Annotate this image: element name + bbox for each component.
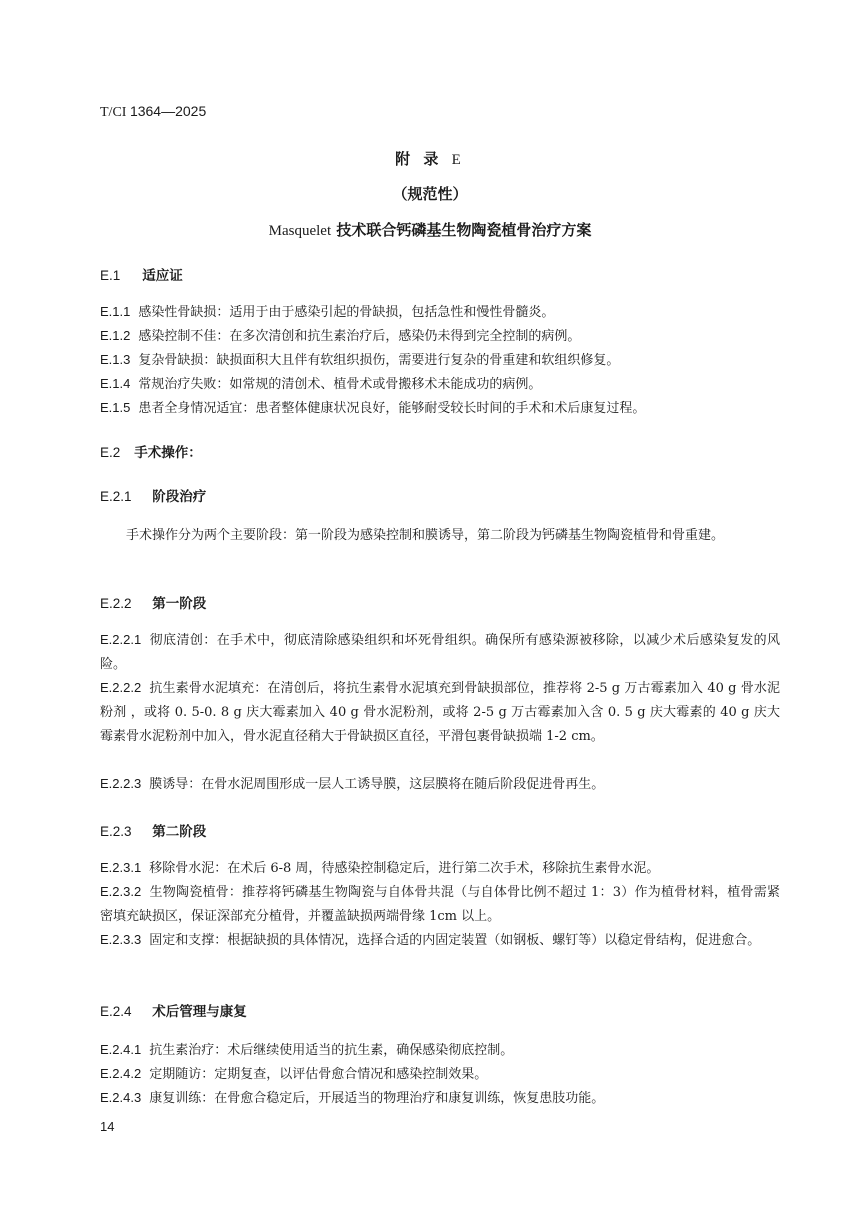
- item-number: E.2.4.3: [100, 1086, 141, 1110]
- list-item-e243: E.2.4.3康复训练：在骨愈合稳定后，开展适当的物理治疗和康复训练，恢复患肢功…: [100, 1086, 780, 1111]
- item-text: 生物陶瓷植骨：推荐将钙磷基生物陶瓷与自体骨共混（与自体骨比例不超过 1：3）作为…: [100, 885, 780, 924]
- item-text: 感染性骨缺损：适用于由于感染引起的骨缺损，包括急性和慢性骨髓炎。: [138, 305, 554, 320]
- section-number: E.2: [100, 445, 130, 460]
- item-number: E.1.4: [100, 372, 130, 396]
- section-number: E.2.4: [100, 1004, 148, 1019]
- item-text: 常规治疗失败：如常规的清创术、植骨术或骨搬移术未能成功的病例。: [138, 377, 541, 392]
- appendix-label: 附 录: [395, 150, 442, 168]
- item-number: E.2.3.3: [100, 928, 141, 952]
- section-title: 阶段治疗: [152, 489, 206, 505]
- appendix-letter: E: [452, 152, 465, 168]
- section-title: 术后管理与康复: [152, 1004, 247, 1020]
- item-text: 感染控制不佳：在多次清创和抗生素治疗后，感染仍未得到完全控制的病例。: [138, 329, 580, 344]
- paragraph-e21: 手术操作分为两个主要阶段：第一阶段为感染控制和膜诱导，第二阶段为钙磷基生物陶瓷植…: [100, 524, 780, 548]
- item-text: 彻底清创：在手术中，彻底清除感染组织和坏死骨组织。确保所有感染源被移除，以减少术…: [100, 633, 780, 672]
- section-number: E.2.1: [100, 489, 148, 504]
- list-item-e232: E.2.3.2生物陶瓷植骨：推荐将钙磷基生物陶瓷与自体骨共混（与自体骨比例不超过…: [100, 880, 780, 929]
- item-text: 复杂骨缺损：缺损面积大且伴有软组织损伤，需要进行复杂的骨重建和软组织修复。: [138, 353, 619, 368]
- item-text: 抗生素骨水泥填充：在清创后，将抗生素骨水泥填充到骨缺损部位，推荐将 2-5 g …: [100, 681, 780, 744]
- standard-prefix: T/CI: [100, 105, 126, 120]
- item-text: 移除骨水泥：在术后 6-8 周，待感染控制稳定后，进行第二次手术，移除抗生素骨水…: [149, 861, 659, 876]
- list-item-e223: E.2.2.3膜诱导：在骨水泥周围形成一层人工诱导膜，这层膜将在随后阶段促进骨再…: [100, 772, 780, 797]
- section-number: E.2.3: [100, 824, 148, 839]
- page-number: 14: [100, 1119, 114, 1134]
- item-number: E.2.4.2: [100, 1062, 141, 1086]
- section-heading-e22: E.2.2 第一阶段: [100, 592, 206, 612]
- list-item-e231: E.2.3.1移除骨水泥：在术后 6-8 周，待感染控制稳定后，进行第二次手术，…: [100, 856, 780, 881]
- item-text: 患者全身情况适宜：患者整体健康状况良好，能够耐受较长时间的手术和术后康复过程。: [138, 401, 645, 416]
- section-title: 第一阶段: [152, 596, 206, 612]
- item-text: 抗生素治疗：术后继续使用适当的抗生素，确保感染彻底控制。: [149, 1043, 513, 1058]
- item-text: 康复训练：在骨愈合稳定后，开展适当的物理治疗和康复训练，恢复患肢功能。: [149, 1091, 604, 1106]
- item-number: E.2.4.1: [100, 1038, 141, 1062]
- section-title: 第二阶段: [152, 824, 206, 840]
- appendix-title: Masquelet 技术联合钙磷基生物陶瓷植骨治疗方案: [0, 219, 860, 240]
- standard-number: 1364—2025: [130, 103, 206, 119]
- item-number: E.1.5: [100, 396, 130, 420]
- appendix-title-cn: 技术联合钙磷基生物陶瓷植骨治疗方案: [336, 221, 591, 239]
- section-heading-e1: E.1 适应证: [100, 264, 183, 284]
- list-item-e222: E.2.2.2抗生素骨水泥填充：在清创后，将抗生素骨水泥填充到骨缺损部位，推荐将…: [100, 676, 780, 749]
- list-item-e1-3: E.1.3复杂骨缺损：缺损面积大且伴有软组织损伤，需要进行复杂的骨重建和软组织修…: [100, 348, 780, 373]
- section-heading-e24: E.2.4 术后管理与康复: [100, 1000, 247, 1020]
- item-number: E.2.2.3: [100, 772, 141, 796]
- item-number: E.1.3: [100, 348, 130, 372]
- item-number: E.2.3.1: [100, 856, 141, 880]
- list-item-e221: E.2.2.1彻底清创：在手术中，彻底清除感染组织和坏死骨组织。确保所有感染源被…: [100, 628, 780, 677]
- item-number: E.2.2.2: [100, 676, 141, 700]
- section-title: 适应证: [142, 268, 183, 284]
- item-number: E.1.2: [100, 324, 130, 348]
- appendix-type: （规范性）: [0, 183, 860, 204]
- section-number: E.2.2: [100, 596, 148, 611]
- item-text: 定期随访：定期复查，以评估骨愈合情况和感染控制效果。: [149, 1067, 487, 1082]
- list-item-e1-5: E.1.5患者全身情况适宜：患者整体健康状况良好，能够耐受较长时间的手术和术后康…: [100, 396, 780, 421]
- list-item-e233: E.2.3.3固定和支撑：根据缺损的具体情况，选择合适的内固定装置（如钢板、螺钉…: [100, 928, 780, 953]
- standard-code: T/CI 1364—2025: [100, 103, 206, 121]
- list-item-e1-1: E.1.1感染性骨缺损：适用于由于感染引起的骨缺损，包括急性和慢性骨髓炎。: [100, 300, 780, 325]
- appendix-title-latin: Masquelet: [269, 223, 331, 239]
- appendix-heading: 附 录 E: [0, 148, 860, 169]
- section-heading-e23: E.2.3 第二阶段: [100, 820, 206, 840]
- list-item-e1-2: E.1.2感染控制不佳：在多次清创和抗生素治疗后，感染仍未得到完全控制的病例。: [100, 324, 780, 349]
- item-number: E.2.2.1: [100, 628, 141, 652]
- list-item-e242: E.2.4.2定期随访：定期复查，以评估骨愈合情况和感染控制效果。: [100, 1062, 780, 1087]
- item-number: E.2.3.2: [100, 880, 141, 904]
- section-heading-e2: E.2 手术操作：: [100, 441, 202, 461]
- list-item-e241: E.2.4.1抗生素治疗：术后继续使用适当的抗生素，确保感染彻底控制。: [100, 1038, 780, 1063]
- item-number: E.1.1: [100, 300, 130, 324]
- section-heading-e21: E.2.1 阶段治疗: [100, 485, 206, 505]
- section-title: 手术操作：: [134, 445, 202, 461]
- item-text: 固定和支撑：根据缺损的具体情况，选择合适的内固定装置（如钢板、螺钉等）以稳定骨结…: [149, 933, 760, 948]
- item-text: 膜诱导：在骨水泥周围形成一层人工诱导膜，这层膜将在随后阶段促进骨再生。: [149, 777, 604, 792]
- list-item-e1-4: E.1.4常规治疗失败：如常规的清创术、植骨术或骨搬移术未能成功的病例。: [100, 372, 780, 397]
- section-number: E.1: [100, 268, 138, 283]
- document-page: T/CI 1364—2025 附 录 E （规范性） Masquelet 技术联…: [0, 0, 860, 1216]
